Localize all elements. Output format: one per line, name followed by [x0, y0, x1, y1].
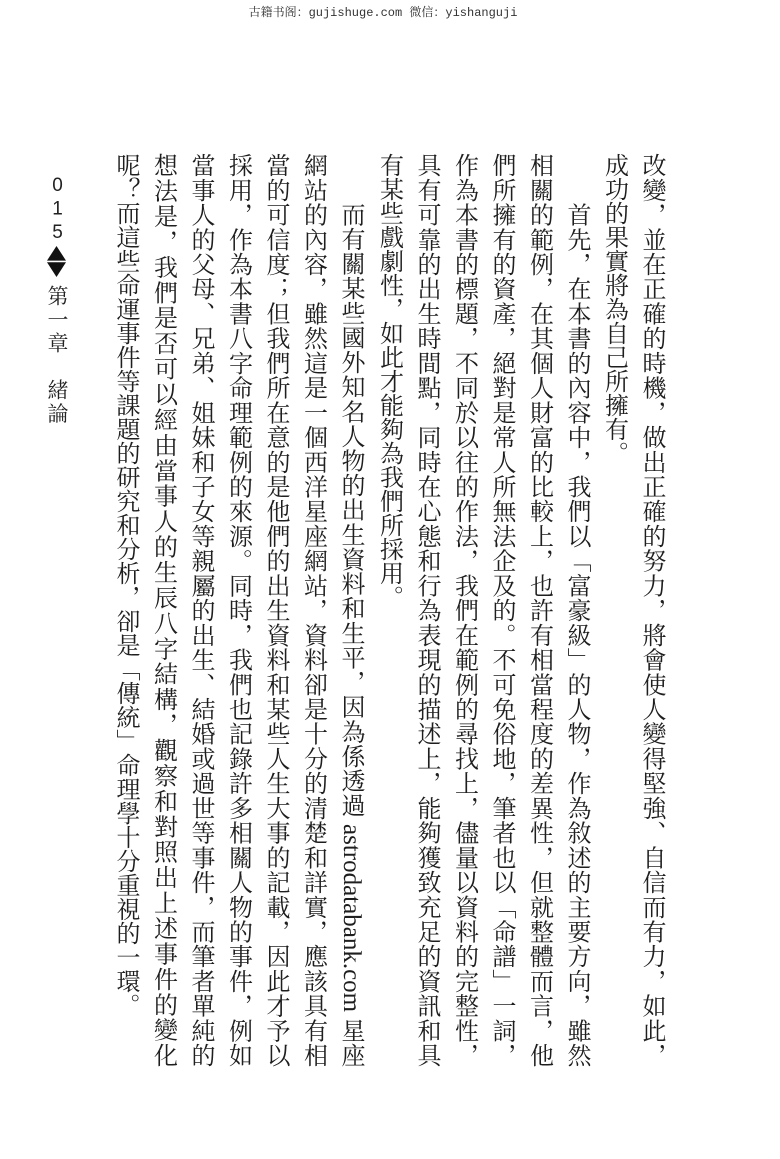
text-column: 們所擁有的資產，絕對是常人所無法企及的。不可免俗地，筆者也以「命譜」一詞，	[483, 153, 521, 1067]
text-column: 想法是，我們是否可以經由當事人的生辰八字結構，觀察和對照出上述事件的變化	[144, 153, 182, 1067]
watermark-header: 古籍书阁：gujishuge.com 微信：yishanguji	[183, 5, 583, 21]
text-column: 改變，並在正確的時機，做出正確的努力，將會使人變得堅強、自信而有力，如此，	[633, 153, 671, 1067]
text-column: 作為本書的標題，不同於以往的作法，我們在範例的尋找上，儘量以資料的完整性，	[445, 153, 483, 1067]
text-column: 採用，作為本書八字命理範例的來源。同時，我們也記錄許多相關人物的事件，例如	[219, 153, 257, 1067]
text-column: 當的可信度；但我們所在意的是他們的出生資料和某些人生大事的記載，因此才予以	[257, 153, 295, 1067]
text-column: 當事人的父母、兄弟、姐妹和子女等親屬的出生、結婚或過世等事件，而筆者單純的	[182, 153, 220, 1067]
website-name: astrodatabank.com	[338, 824, 365, 1012]
text-column: 成功的果實將為自己所擁有。	[595, 153, 633, 1067]
text-column-with-website: 而有關某些國外知名人物的出生資料和生平，因為係透過astrodatabank.c…	[332, 153, 371, 1067]
text-segment: 星座	[337, 1018, 365, 1067]
text-column: 呢？而這些命運事件等課題的研究和分析，卻是「傳統」命理學十分重視的一環。	[107, 153, 145, 1067]
up-down-triangles-icon	[47, 246, 66, 277]
text-column: 有某些戲劇性，如此才能夠為我們所採用。	[370, 153, 408, 1067]
chapter-label: 第一章 緒論	[45, 285, 69, 426]
text-column: 首先，在本書的內容中，我們以「富豪級」的人物，作為敘述的主要方向，雖然	[558, 153, 596, 1067]
text-segment: 而有關某些國外知名人物的出生資料和生平，因為係透過	[337, 153, 365, 818]
page-body-text: 改變，並在正確的時機，做出正確的努力，將會使人變得堅強、自信而有力，如此， 成功…	[107, 153, 670, 1067]
page-number: 015	[46, 175, 68, 246]
text-column: 具有可靠的出生時間點，同時在心態和行為表現的描述上，能夠獲致充足的資訊和具	[408, 153, 446, 1067]
text-column: 網站的內容，雖然這是一個西洋星座網站，資料卻是十分的清楚和詳實，應該具有相	[294, 153, 332, 1067]
text-column: 相關的範例，在其個人財富的比較上，也許有相當程度的差異性，但就整體而言，他	[520, 153, 558, 1067]
